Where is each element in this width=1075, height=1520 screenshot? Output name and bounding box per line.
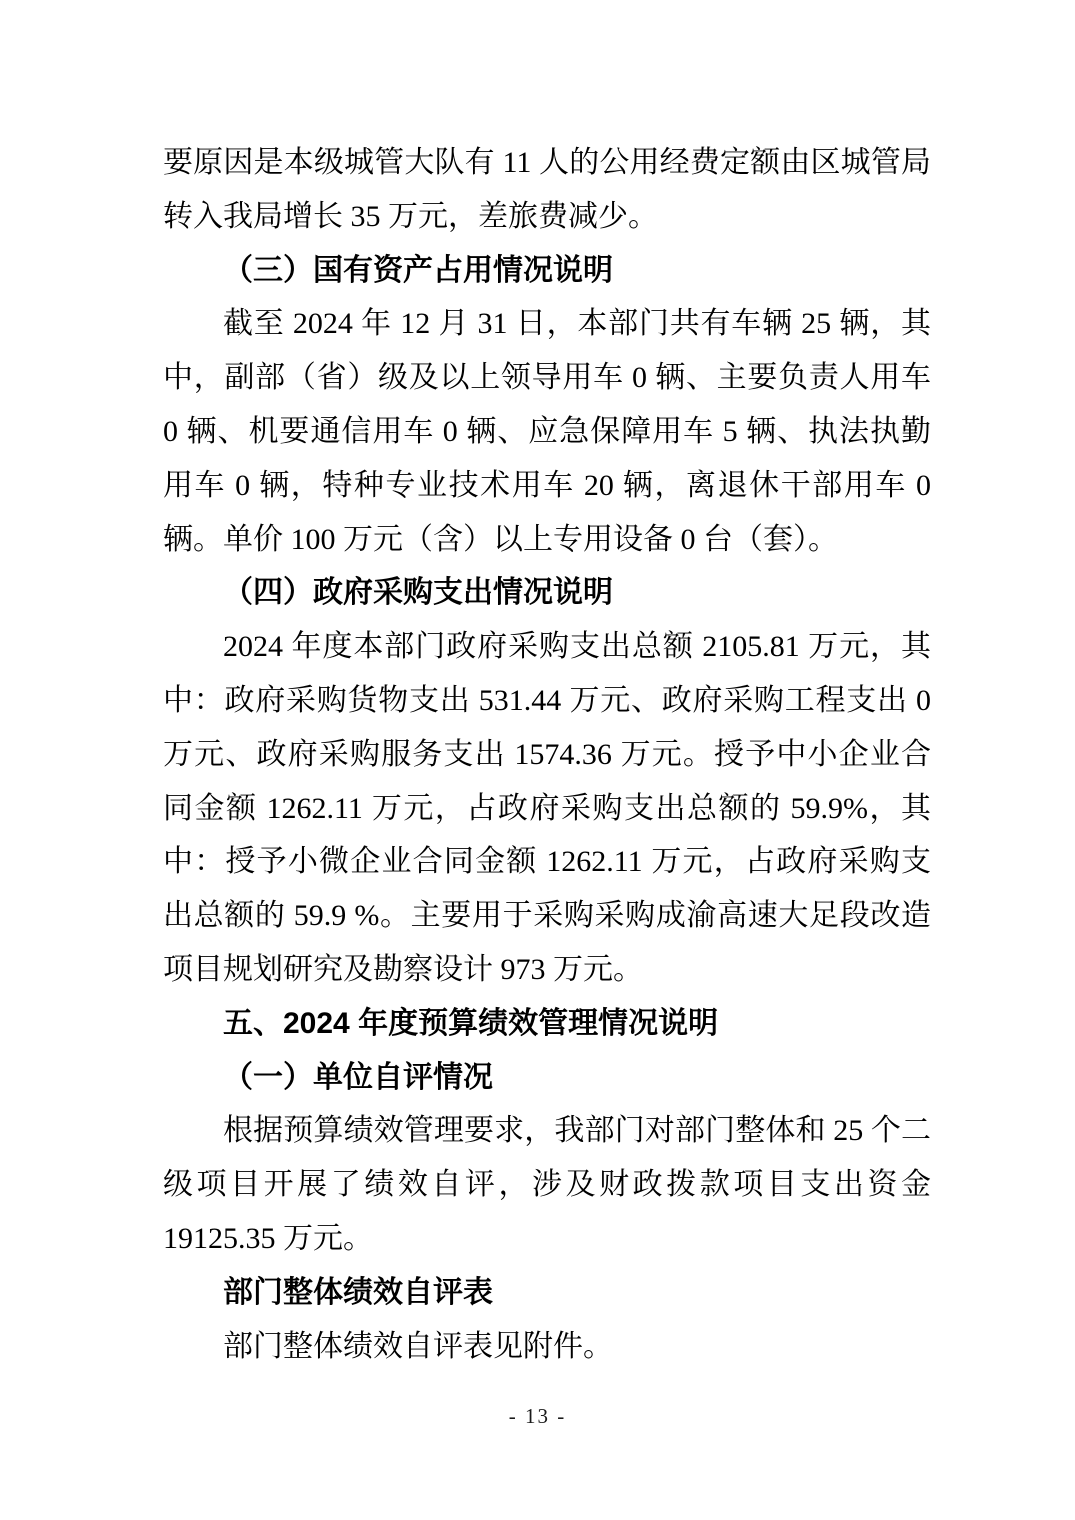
paragraph-attachment-note: 部门整体绩效自评表见附件。 [163, 1320, 931, 1374]
paragraph-vehicles: 截至 2024 年 12 月 31 日，本部门共有车辆 25 辆，其中，副部（省… [163, 297, 931, 566]
paragraph-continuation: 要原因是本级城管大队有 11 人的公用经费定额由区城管局转入我局增长 35 万元… [163, 136, 931, 244]
document-body: 要原因是本级城管大队有 11 人的公用经费定额由区城管局转入我局增长 35 万元… [163, 136, 931, 1373]
chapter-heading-performance-management: 五、2024 年度预算绩效管理情况说明 [163, 997, 931, 1051]
section-heading-state-assets: （三）国有资产占用情况说明 [163, 244, 931, 298]
paragraph-procurement: 2024 年度本部门政府采购支出总额 2105.81 万元，其中：政府采购货物支… [163, 620, 931, 997]
page-number: - 13 - [0, 1404, 1075, 1429]
document-page: 要原因是本级城管大队有 11 人的公用经费定额由区城管局转入我局增长 35 万元… [0, 0, 1075, 1520]
section-heading-gov-procurement: （四）政府采购支出情况说明 [163, 566, 931, 620]
paragraph-self-evaluation: 根据预算绩效管理要求，我部门对部门整体和 25 个二级项目开展了绩效自评，涉及财… [163, 1104, 931, 1265]
section-heading-self-evaluation: （一）单位自评情况 [163, 1051, 931, 1105]
subheading-performance-table: 部门整体绩效自评表 [163, 1266, 931, 1320]
